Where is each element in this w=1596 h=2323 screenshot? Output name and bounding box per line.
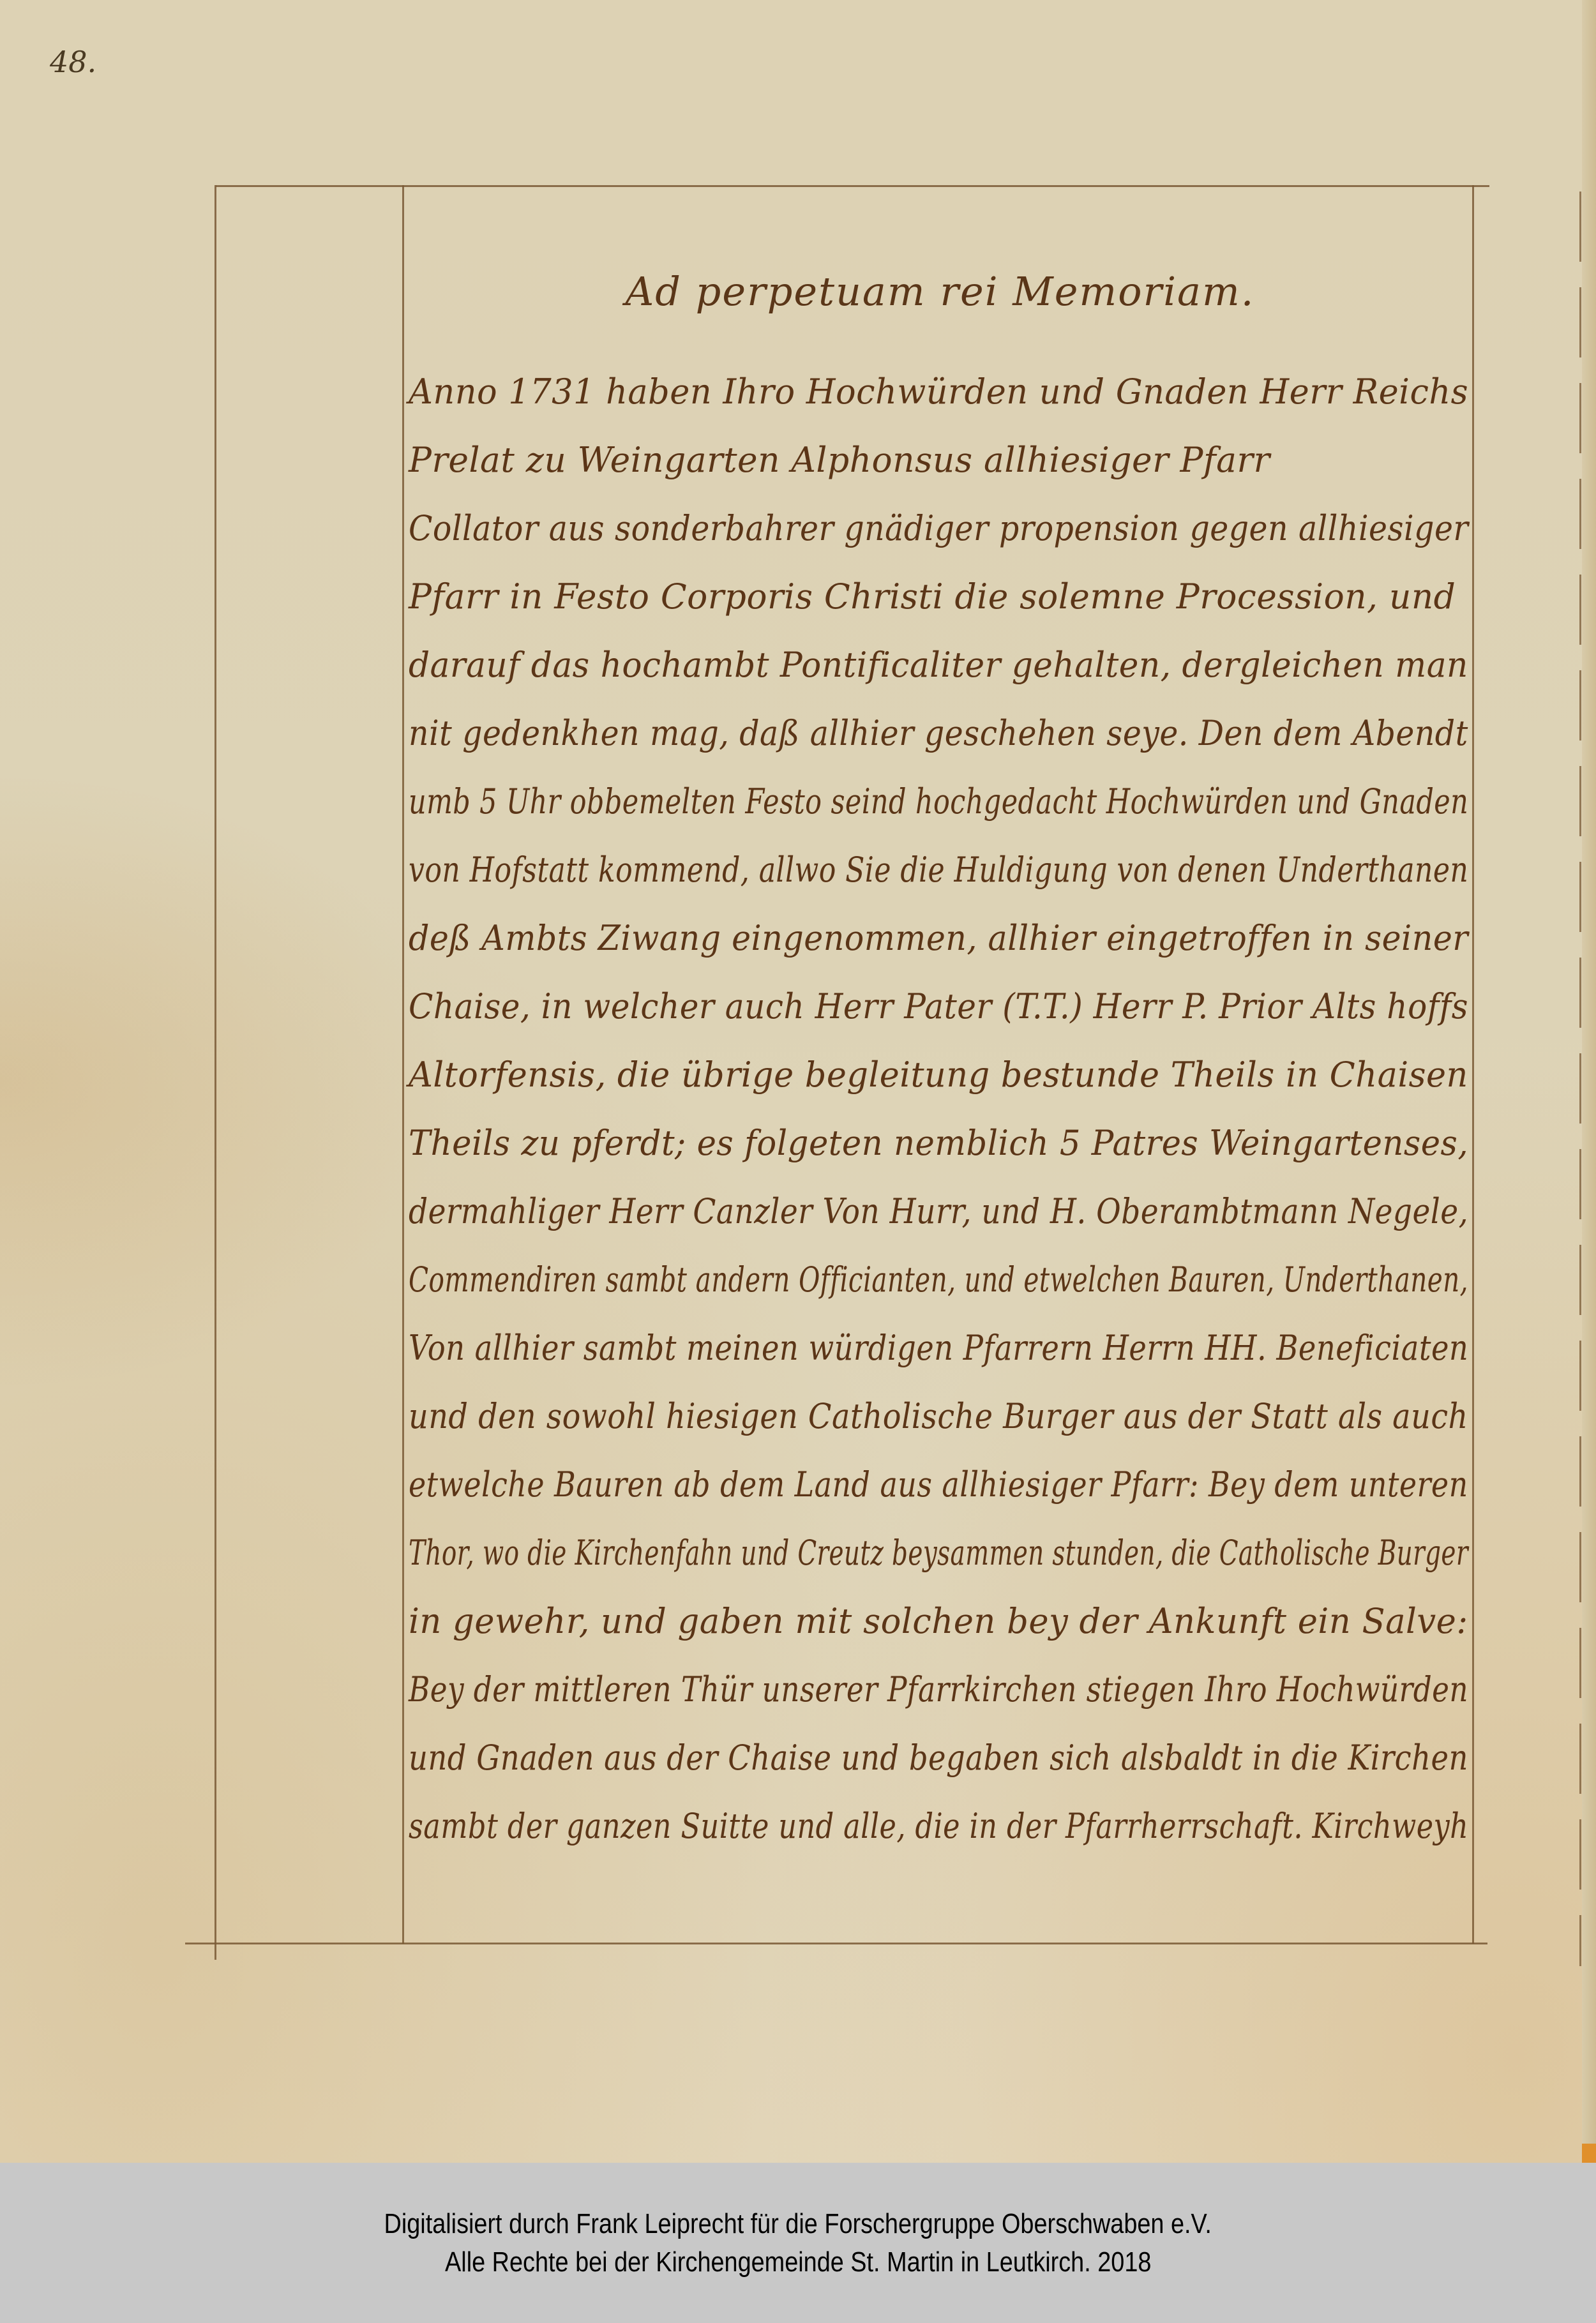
text-line: Chaise, in welcher auch Herr Pater (T.T.… <box>409 972 1405 1041</box>
text-line: Commendiren sambt andern Officianten, un… <box>409 1245 1215 1314</box>
text-line: sambt der ganzen Suitte und alle, die in… <box>409 1792 1294 1860</box>
page-number: 48. <box>50 45 96 79</box>
text-line: Theils zu pferdt; es folgeten nemblich 5… <box>409 1109 1427 1177</box>
text-line: Prelat zu Weingarten Alphonsus allhiesig… <box>409 426 1468 494</box>
manuscript-page: 48. Ad perpetuam rei Memoriam. Anno 1731… <box>0 0 1596 2163</box>
frame-top-rule <box>216 185 1489 187</box>
text-line: etwelche Bauren ab dem Land aus allhiesi… <box>409 1450 1322 1519</box>
outer-right-rule <box>1579 192 1581 1966</box>
text-line: nit gedenkhen mag, daß allhier geschehen… <box>409 699 1380 767</box>
text-line: deß Ambts Ziwang eingenommen, allhier ei… <box>409 904 1415 972</box>
text-margin-rule <box>402 185 404 1944</box>
text-line: Thor, wo die Kirchenfahn und Creutz beys… <box>409 1519 1183 1587</box>
page-edge <box>1582 0 1596 2163</box>
background-surface <box>1582 2144 1596 2163</box>
text-line: Bey der mittleren Thür unserer Pfarrkirc… <box>409 1655 1309 1724</box>
text-line: und Gnaden aus der Chaise und begaben si… <box>409 1724 1332 1792</box>
text-line: Collator aus sonderbahrer gnädiger prope… <box>409 494 1381 562</box>
text-line: Anno 1731 haben Ihro Hochwürden und Gnad… <box>409 357 1452 426</box>
frame-bottom-rule <box>185 1943 1487 1944</box>
frame-left-rule <box>215 185 216 1960</box>
text-line: Altorfensis, die übrige begleitung bestu… <box>409 1041 1450 1109</box>
manuscript-body: Anno 1731 haben Ihro Hochwürden und Gnad… <box>409 357 1481 1860</box>
text-line: in gewehr, und gaben mit solchen bey der… <box>409 1587 1456 1655</box>
text-line: Von allhier sambt meinen würdigen Pfarre… <box>409 1314 1331 1382</box>
text-line: dermahliger Herr Canzler Von Hurr, und H… <box>409 1177 1344 1245</box>
text-line: umb 5 Uhr obbemelten Festo seind hochged… <box>409 767 1262 836</box>
text-line: Pfarr in Festo Corporis Christi die sole… <box>409 562 1468 631</box>
text-line: und den sowohl hiesigen Catholische Burg… <box>409 1382 1358 1450</box>
text-line: darauf das hochambt Pontificaliter gehal… <box>409 631 1436 699</box>
caption-rights-notice: Alle Rechte bei der Kirchengemeinde St. … <box>445 2243 1151 2282</box>
caption-digitization-credit: Digitalisiert durch Frank Leiprecht für … <box>384 2205 1212 2243</box>
text-line: von Hofstatt kommend, allwo Sie die Huld… <box>409 836 1286 904</box>
copyright-caption: Digitalisiert durch Frank Leiprecht für … <box>0 2163 1596 2323</box>
manuscript-title: Ad perpetuam rei Memoriam. <box>409 268 1472 315</box>
